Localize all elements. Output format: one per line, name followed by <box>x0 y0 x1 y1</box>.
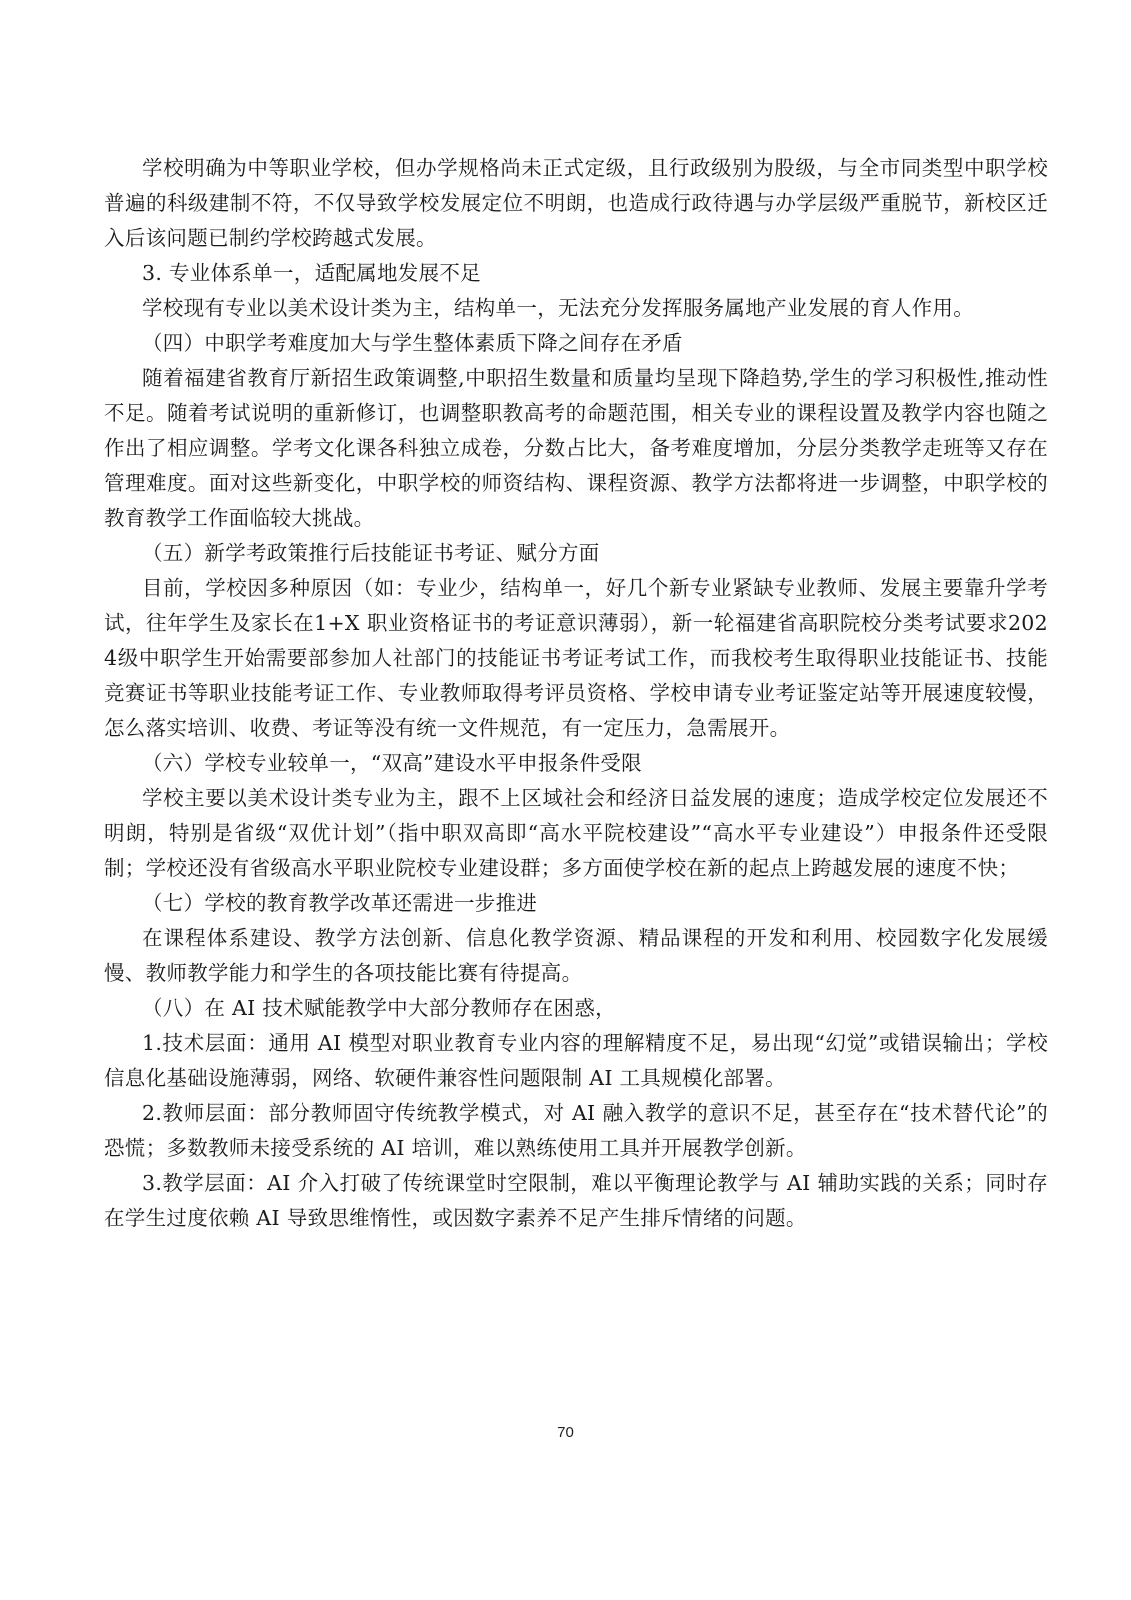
section-heading-5: （五）新学考政策推行后技能证书考证、赋分方面 <box>104 536 1048 571</box>
page-body: 学校明确为中等职业学校，但办学规格尚未正式定级，且行政级别为股级，与全市同类型中… <box>104 151 1048 1236</box>
document-page: 学校明确为中等职业学校，但办学规格尚未正式定级，且行政级别为股级，与全市同类型中… <box>0 0 1131 1600</box>
section-heading-8: （八）在 AI 技术赋能教学中大部分教师存在困惑， <box>104 991 1048 1026</box>
page-number: 70 <box>0 1424 1131 1441</box>
paragraph-double-high-construction: 学校主要以美术设计类专业为主，跟不上区域社会和经济日益发展的速度；造成学校定位发… <box>104 781 1048 886</box>
subheading-single-major-system: 3. 专业体系单一，适配属地发展不足 <box>104 256 1048 291</box>
paragraph-teaching-reform: 在课程体系建设、教学方法创新、信息化教学资源、精品课程的开发和利用、校园数字化发… <box>104 921 1048 991</box>
section-heading-4: （四）中职学考难度加大与学生整体素质下降之间存在矛盾 <box>104 326 1048 361</box>
paragraph-school-rank-issue: 学校明确为中等职业学校，但办学规格尚未正式定级，且行政级别为股级，与全市同类型中… <box>104 151 1048 256</box>
paragraph-ai-teacher-level: 2.教师层面：部分教师固守传统教学模式，对 AI 融入教学的意识不足，甚至存在“… <box>104 1096 1048 1166</box>
paragraph-skill-certification: 目前，学校因多种原因（如：专业少，结构单一，好几个新专业紧缺专业教师、发展主要靠… <box>104 571 1048 746</box>
section-heading-6: （六）学校专业较单一，“双高”建设水平申报条件受限 <box>104 746 1048 781</box>
section-heading-7: （七）学校的教育教学改革还需进一步推进 <box>104 886 1048 921</box>
paragraph-ai-technical-level: 1.技术层面：通用 AI 模型对职业教育专业内容的理解精度不足，易出现“幻觉”或… <box>104 1026 1048 1096</box>
paragraph-ai-teaching-level: 3.教学层面：AI 介入打破了传统课堂时空限制，难以平衡理论教学与 AI 辅助实… <box>104 1166 1048 1236</box>
paragraph-major-structure: 学校现有专业以美术设计类为主，结构单一，无法充分发挥服务属地产业发展的育人作用。 <box>104 291 1048 326</box>
paragraph-enrollment-policy: 随着福建省教育厅新招生政策调整,中职招生数量和质量均呈现下降趋势,学生的学习积极… <box>104 361 1048 536</box>
